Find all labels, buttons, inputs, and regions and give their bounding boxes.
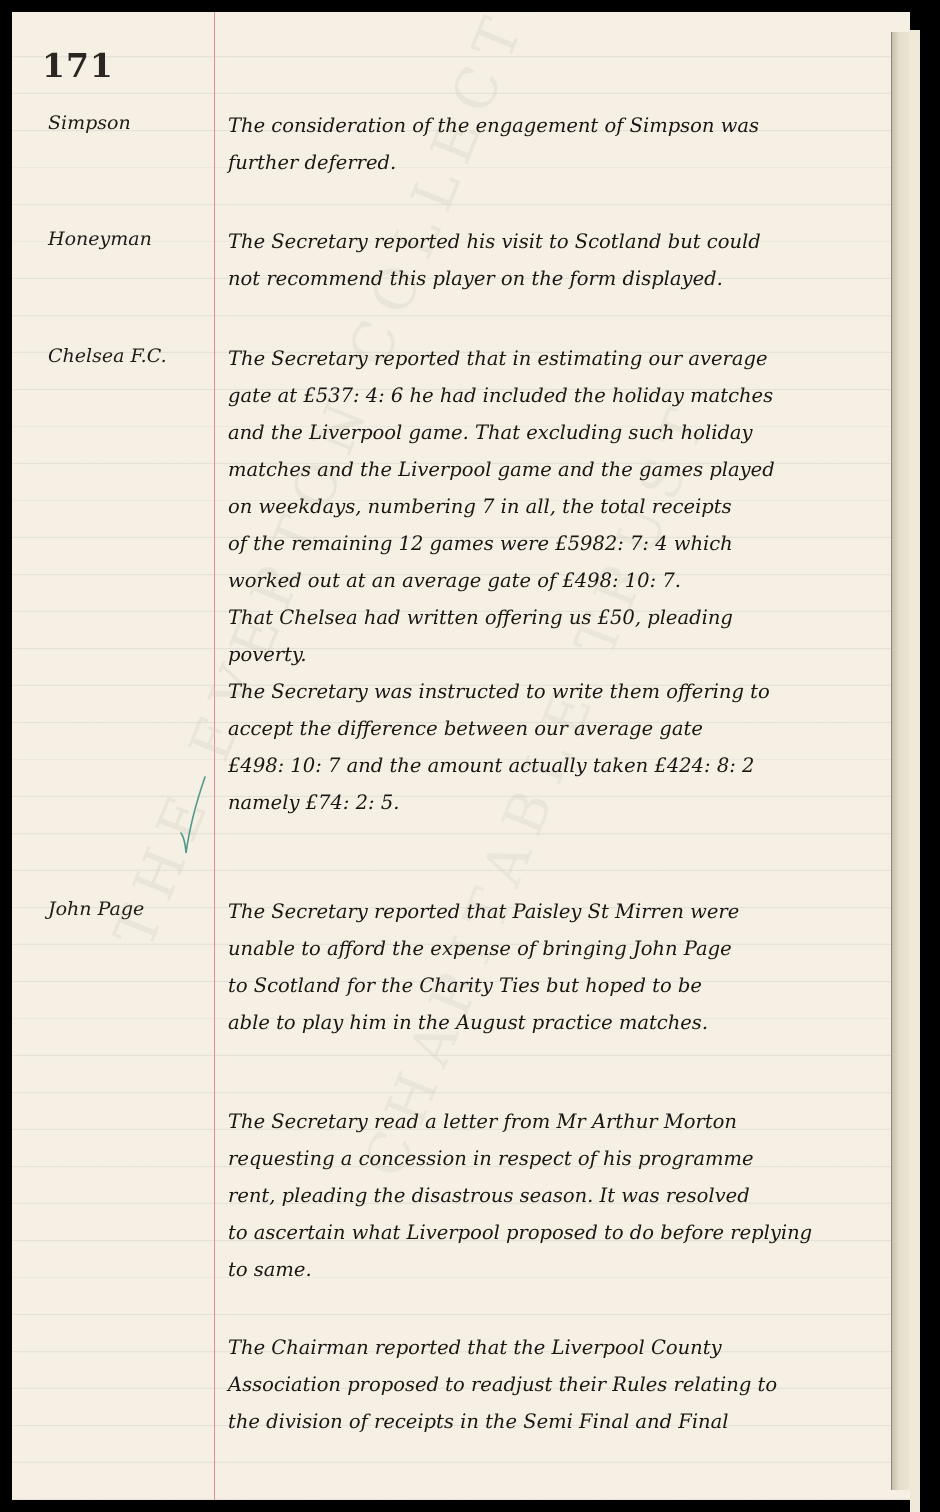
text-line: matches and the Liverpool game and the g…: [228, 451, 888, 488]
margin-rule: [214, 12, 215, 1500]
text-line: The Secretary was instructed to write th…: [228, 673, 888, 710]
entry-body: The Secretary reported that in estimatin…: [228, 340, 888, 821]
text-line: further deferred.: [228, 144, 888, 181]
entry-body: The Secretary reported that Paisley St M…: [228, 893, 888, 1041]
text-line: That Chelsea had written offering us £50…: [228, 599, 888, 636]
next-page-edge: [910, 30, 920, 1512]
entry-body: The consideration of the engagement of S…: [228, 107, 888, 181]
text-line: The Secretary read a letter from Mr Arth…: [228, 1103, 888, 1140]
entry-label: Chelsea F.C.: [48, 345, 208, 367]
check-mark-icon: [177, 767, 207, 857]
text-line: able to play him in the August practice …: [228, 1004, 888, 1041]
text-line: on weekdays, numbering 7 in all, the tot…: [228, 488, 888, 525]
text-line: to ascertain what Liverpool proposed to …: [228, 1214, 888, 1251]
entry-body: The Chairman reported that the Liverpool…: [228, 1329, 888, 1440]
page-number: 171: [42, 46, 114, 85]
text-line: requesting a concession in respect of hi…: [228, 1140, 888, 1177]
text-line: not recommend this player on the form di…: [228, 260, 888, 297]
book-spine-edge: [891, 32, 910, 1490]
text-line: worked out at an average gate of £498: 1…: [228, 562, 888, 599]
text-line: poverty.: [228, 636, 888, 673]
entry-body: The Secretary reported his visit to Scot…: [228, 223, 888, 297]
text-line: The Secretary reported his visit to Scot…: [228, 223, 888, 260]
text-line: The Secretary reported that in estimatin…: [228, 340, 888, 377]
text-line: the division of receipts in the Semi Fin…: [228, 1403, 888, 1440]
text-line: of the remaining 12 games were £5982: 7:…: [228, 525, 888, 562]
text-line: gate at £537: 4: 6 he had included the h…: [228, 377, 888, 414]
text-line: namely £74: 2: 5.: [228, 784, 888, 821]
text-line: £498: 10: 7 and the amount actually take…: [228, 747, 888, 784]
text-line: The Secretary reported that Paisley St M…: [228, 893, 888, 930]
text-line: rent, pleading the disastrous season. It…: [228, 1177, 888, 1214]
entry-body: The Secretary read a letter from Mr Arth…: [228, 1103, 888, 1288]
text-line: and the Liverpool game. That excluding s…: [228, 414, 888, 451]
text-line: unable to afford the expense of bringing…: [228, 930, 888, 967]
text-line: Association proposed to readjust their R…: [228, 1366, 888, 1403]
entry-label: Simpson: [48, 112, 208, 134]
text-line: accept the difference between our averag…: [228, 710, 888, 747]
entry-label: Honeyman: [48, 228, 208, 250]
text-line: The Chairman reported that the Liverpool…: [228, 1329, 888, 1366]
text-line: to same.: [228, 1251, 888, 1288]
text-line: The consideration of the engagement of S…: [228, 107, 888, 144]
entry-label: John Page: [48, 898, 208, 920]
ledger-page: THE EVERTON COLLECTION CHARITABLE TRUST …: [12, 12, 910, 1500]
text-line: to Scotland for the Charity Ties but hop…: [228, 967, 888, 1004]
